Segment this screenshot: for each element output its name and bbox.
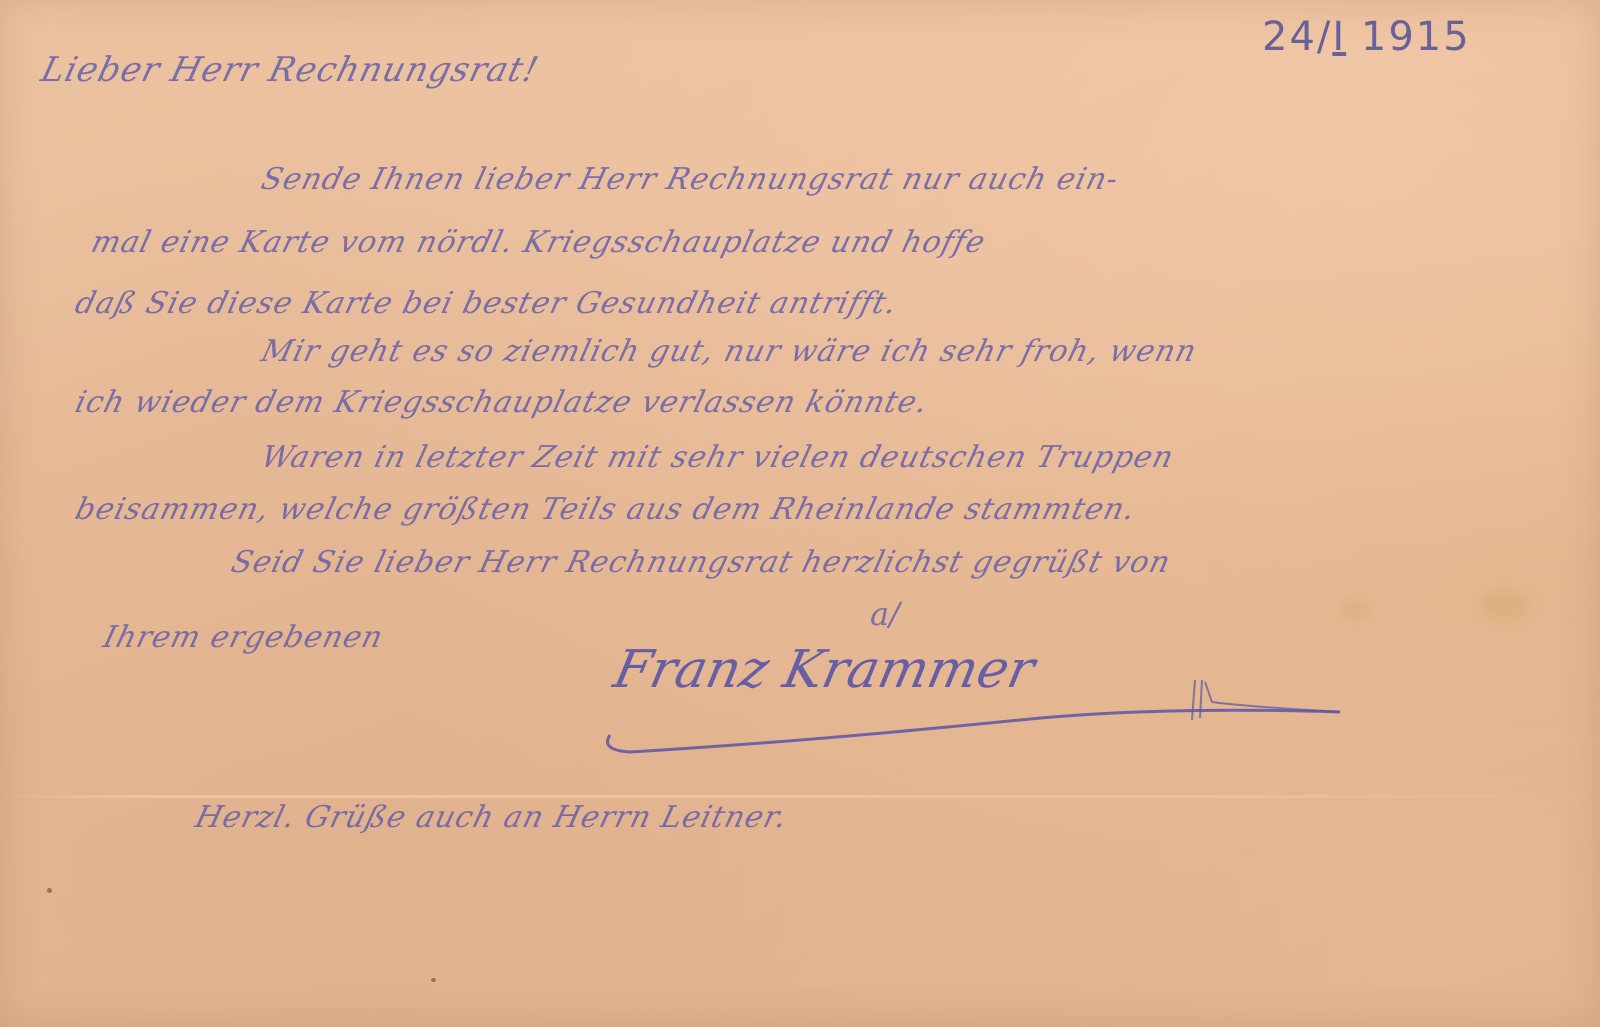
- signature-prefix: a/: [870, 595, 900, 633]
- body-line-2: mal eine Karte vom nördl. Kriegsschaupla…: [88, 225, 990, 260]
- postcard: 24/I 1915 Lieber Herr Rechnungsrat! Send…: [0, 0, 1600, 1027]
- signature-flourish: [600, 680, 1360, 770]
- body-line-3: daß Sie diese Karte bei bester Gesundhei…: [72, 286, 901, 321]
- foxing-stain: [1340, 600, 1370, 620]
- salutation: Lieber Herr Rechnungsrat!: [37, 50, 543, 90]
- paper-blemish: [431, 978, 436, 982]
- foxing-stain: [1480, 590, 1530, 620]
- date-written: 24/I 1915: [1262, 14, 1471, 60]
- body-line-1: Sende Ihnen lieber Herr Rechnungsrat nur…: [258, 162, 1123, 197]
- date-day: 24/: [1262, 14, 1332, 60]
- paper-blemish: [47, 888, 52, 893]
- date-month-roman: I: [1332, 14, 1346, 60]
- closing: Ihrem ergebenen: [100, 620, 387, 655]
- body-line-5: ich wieder dem Kriegsschauplatze verlass…: [72, 385, 932, 420]
- body-line-7: beisammen, welche größten Teils aus dem …: [72, 492, 1140, 527]
- date-year: 1915: [1361, 14, 1471, 60]
- body-line-8: Seid Sie lieber Herr Rechnungsrat herzli…: [228, 545, 1175, 580]
- body-line-4: Mir geht es so ziemlich gut, nur wäre ic…: [258, 334, 1201, 369]
- body-line-6: Waren in letzter Zeit mit sehr vielen de…: [258, 440, 1178, 475]
- postscript: Herzl. Grüße auch an Herrn Leitner.: [192, 800, 791, 835]
- paper-fold-crease: [0, 795, 1600, 798]
